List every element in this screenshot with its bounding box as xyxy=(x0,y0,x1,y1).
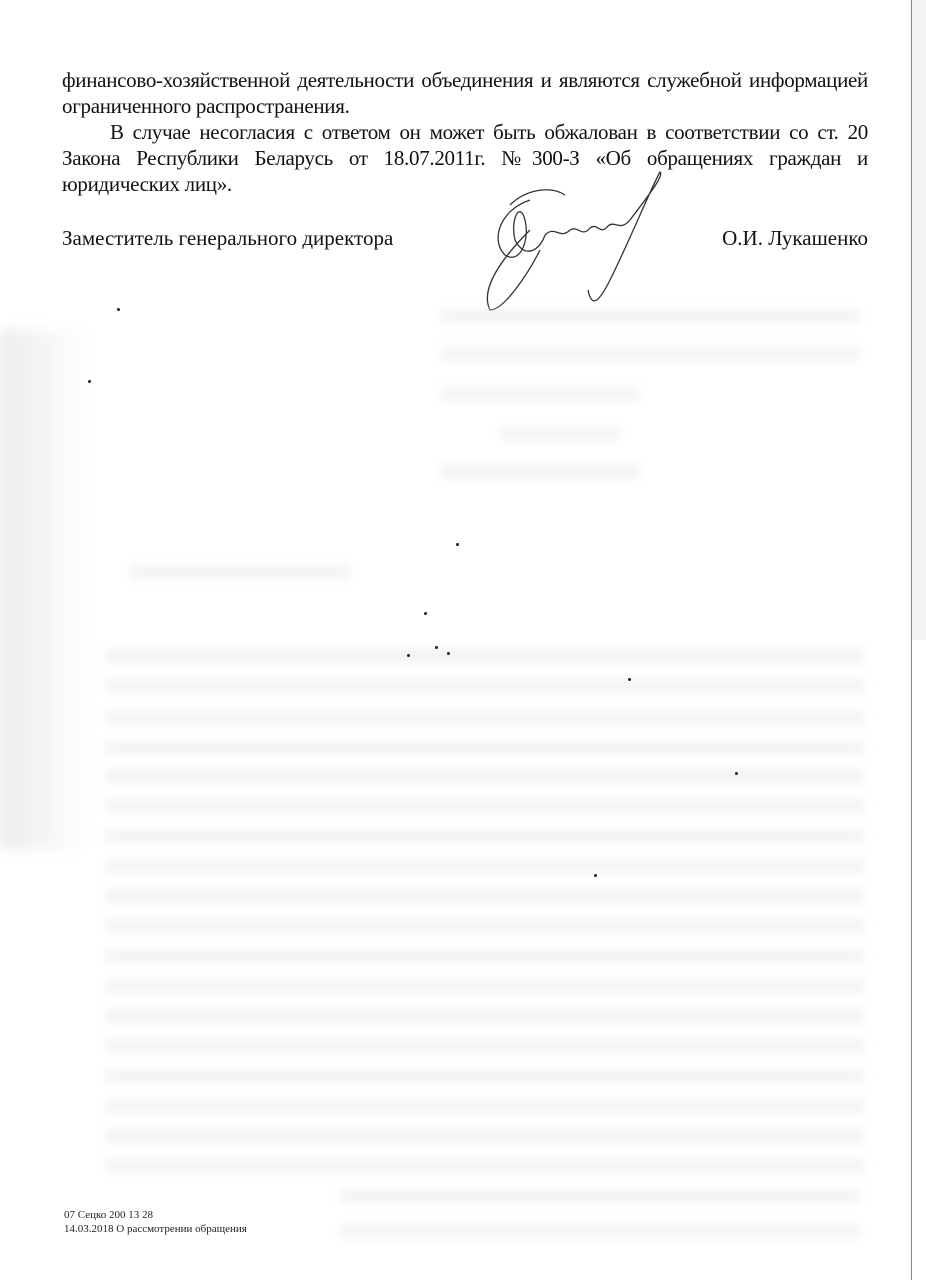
bleedthrough-text xyxy=(105,920,865,932)
bleedthrough-text xyxy=(105,980,865,992)
bleedthrough-text xyxy=(105,1010,865,1022)
executor-contact: 07 Сецко 200 13 28 xyxy=(64,1208,247,1222)
document-footer: 07 Сецко 200 13 28 14.03.2018 О рассмотр… xyxy=(64,1208,247,1236)
scan-speck xyxy=(424,612,427,615)
bleedthrough-text xyxy=(500,428,620,440)
bleedthrough-text xyxy=(105,742,865,754)
scan-speck xyxy=(117,308,120,311)
bleedthrough-text xyxy=(105,650,865,662)
paragraph-appeal-notice: В случае несогласия с ответом он может б… xyxy=(62,119,868,197)
page-edge xyxy=(911,0,912,1280)
bleedthrough-text xyxy=(440,388,640,400)
signature-block: Заместитель генерального директора О.И. … xyxy=(62,226,868,256)
bleedthrough-text xyxy=(340,1190,860,1202)
scan-edge-shade xyxy=(912,0,926,640)
bleedthrough-text xyxy=(105,890,865,902)
scan-speck xyxy=(435,646,438,649)
bleedthrough-text xyxy=(105,1040,865,1052)
handwritten-signature-icon xyxy=(470,170,680,315)
scan-shadow xyxy=(0,330,90,850)
bleedthrough-text xyxy=(105,1130,865,1142)
scan-speck xyxy=(628,678,631,681)
bleedthrough-text xyxy=(105,1100,865,1112)
bleedthrough-text xyxy=(105,800,865,812)
bleedthrough-text xyxy=(105,680,865,692)
scanned-document-page: финансово-хозяйственной деятельности объ… xyxy=(0,0,926,1280)
bleedthrough-text xyxy=(130,566,350,578)
bleedthrough-text xyxy=(105,950,865,962)
bleedthrough-text xyxy=(440,348,860,360)
document-reference: 14.03.2018 О рассмотрении обращения xyxy=(64,1222,247,1236)
bleedthrough-text xyxy=(340,1225,860,1237)
scan-speck xyxy=(456,543,459,546)
signatory-title: Заместитель генерального директора xyxy=(62,226,393,251)
signatory-name: О.И. Лукашенко xyxy=(722,226,868,251)
scan-speck xyxy=(88,380,91,383)
bleedthrough-text xyxy=(440,466,640,478)
bleedthrough-text xyxy=(440,310,860,322)
bleedthrough-text xyxy=(105,1160,865,1172)
scan-speck xyxy=(407,654,410,657)
scan-speck xyxy=(594,874,597,877)
scan-speck xyxy=(735,772,738,775)
bleedthrough-text xyxy=(105,770,865,782)
bleedthrough-text xyxy=(105,1070,865,1082)
bleedthrough-text xyxy=(105,860,865,872)
paragraph-confidentiality: финансово-хозяйственной деятельности объ… xyxy=(62,67,868,119)
bleedthrough-text xyxy=(105,712,865,724)
scan-speck xyxy=(447,652,450,655)
bleedthrough-text xyxy=(105,830,865,842)
